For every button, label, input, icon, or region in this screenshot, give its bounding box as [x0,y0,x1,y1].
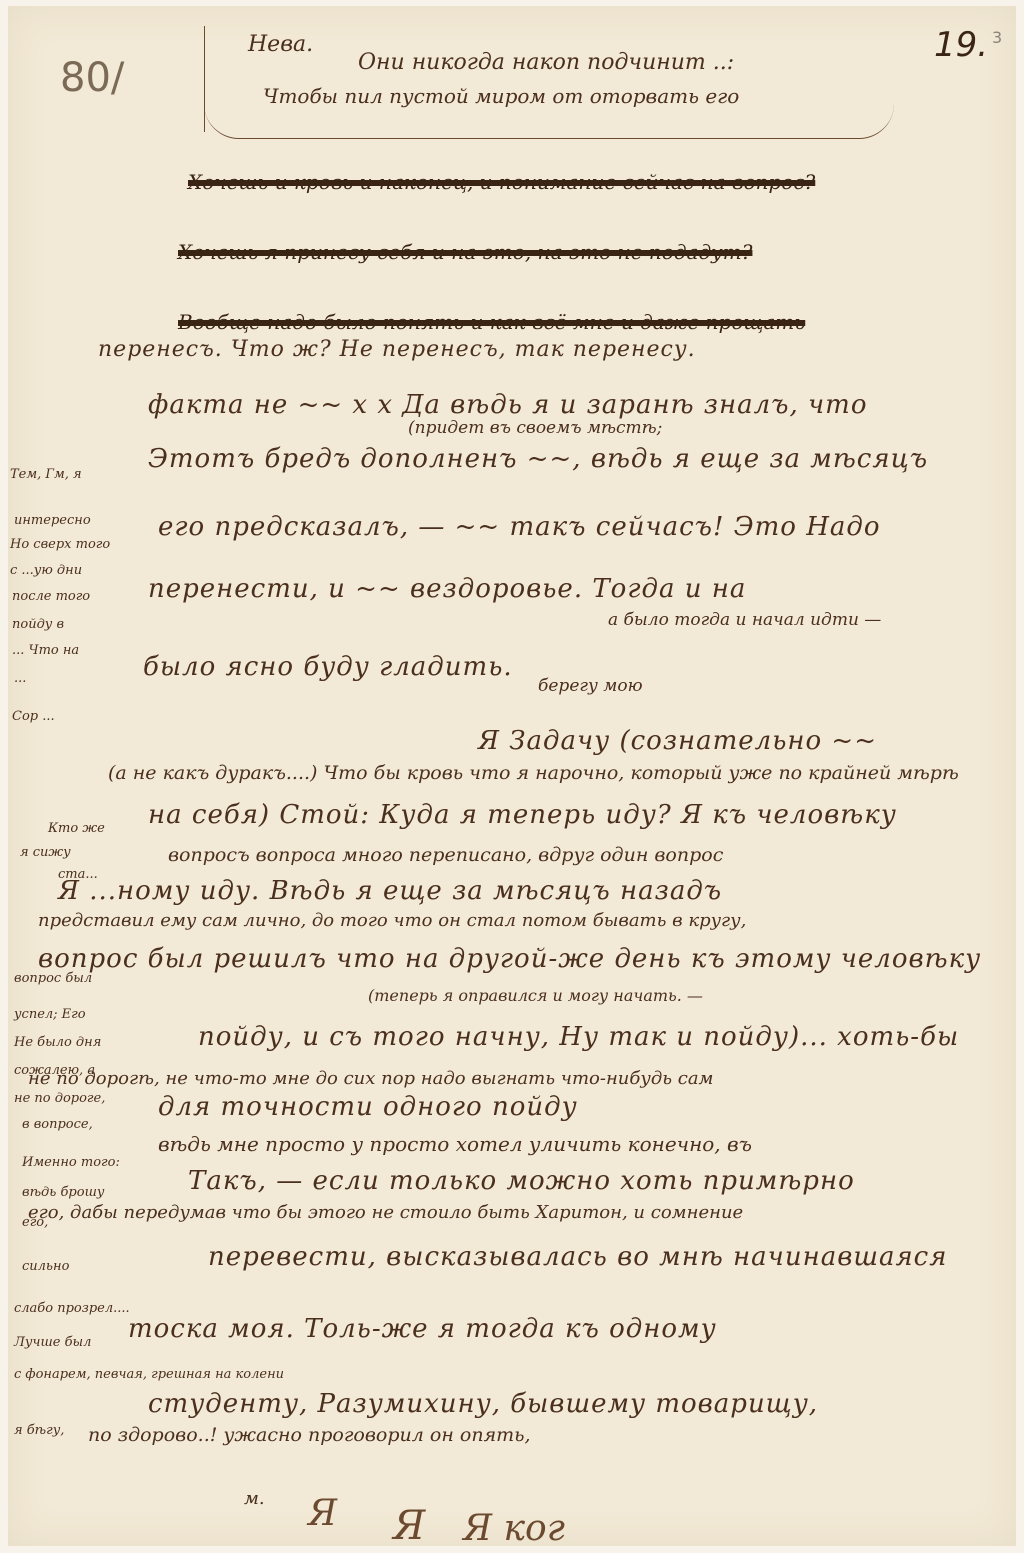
margin-note: интересно [14,514,91,527]
footer-scribble: м. [244,1490,265,1508]
margin-note: Именно того: [22,1156,120,1169]
folio-left: 80/ [60,58,124,98]
margin-note: пойду в [12,618,64,631]
margin-note: с ...ую дни [10,564,82,577]
margin-note: после того [12,590,90,603]
margin-note: я бѣгу, [14,1424,64,1437]
body-line: его, дабы передумав что бы этого не стои… [28,1204,743,1222]
header-underline [204,104,894,139]
manuscript-page: 80/ 19. 3 Нева. Они никогда накоп подчин… [8,6,1016,1546]
body-line: перенесъ. Что ж? Не перенесъ, так перене… [98,339,696,361]
margin-note: Тем, Гм, я [10,468,82,481]
body-line: вопросъ вопроса много переписано, вдруг … [168,846,723,865]
margin-note: сожалею, а [14,1064,95,1077]
struck-line-2: Хочешь я принесу себя и на это, на это н… [178,242,752,262]
body-line: студенту, Разумихину, бывшему товарищу, [148,1391,818,1417]
body-line: для точности одного пойду [158,1094,578,1120]
header-label: Нева. [248,34,313,56]
margin-note: Не было дня [14,1036,101,1049]
margin-note: я сижу [20,846,71,859]
body-line: перевести, высказывалась во мнѣ начинавш… [208,1244,947,1270]
folio-right: 19. [934,28,988,62]
margin-note: его, [22,1216,48,1229]
struck-line-3: Вообще надо было понять и как всё мне и … [178,312,805,332]
footer-scribble: Я [308,1496,337,1532]
margin-note: с фонарем, певчая, грешная на колени [14,1368,284,1381]
margin-note: в вопросе, [22,1118,93,1131]
body-line: а было тогда и начал идти — [608,612,881,629]
body-line: не по дорогѣ, не что-то мне до сих пор н… [28,1070,714,1088]
margin-note: сильно [22,1260,69,1273]
body-line: вопрос был решилъ что на другой-же день … [38,946,981,972]
struck-line-1: Хочешь и кровь и наконец, и понимание се… [188,172,815,192]
body-line: (придет въ своемъ мѣстѣ; [408,420,662,437]
body-line: тоска моя. Толь-же я тогда къ одному [128,1316,717,1342]
footer-scribble: Я [393,1506,425,1546]
margin-note: не по дороге, [14,1092,105,1105]
folio-pencil: 3 [992,30,1002,46]
footer-scribble: Я ког [463,1511,565,1547]
margin-note: ... [14,672,26,685]
header-line-1: Они никогда накоп подчинит ..: [358,52,734,74]
body-line: его предсказалъ, — ~~ такъ сейчасъ! Это … [158,514,881,540]
margin-note: ... Что на [12,644,79,657]
margin-note: Но сверх того [10,538,110,551]
body-line: (теперь я оправился и могу начать. — [368,988,703,1004]
body-line: перенести, и ~~ вездоровье. Тогда и на [148,576,746,602]
body-line: на себя) Стой: Куда я теперь иду? Я къ ч… [148,802,897,828]
margin-note: ста... [58,868,98,881]
body-line: Такъ, — если только можно хоть примѣрно [188,1168,855,1194]
body-line: по здорово..! ужасно проговорил он опять… [88,1426,531,1445]
body-line: Этотъ бредъ дополненъ ~~, вѣдь я еще за … [148,446,928,472]
margin-note: успел; Его [14,1008,86,1021]
body-line: факта не ~~ х х Да вѣдь я и заранѣ зналъ… [148,392,868,418]
body-line: вѣдь мне просто у просто хотел уличить к… [158,1134,752,1154]
body-line: было ясно буду гладить. [143,654,513,680]
body-line: представил ему сам лично, до того что он… [38,912,746,930]
body-line: Я Задачу (сознательно ~~ [478,728,877,754]
margin-note: вопрос был [14,972,92,985]
body-line: (а не какъ дуракъ....) Что бы кровь что … [108,764,959,783]
margin-note: Лучше был [14,1336,91,1349]
body-line: пойду, и съ того начну, Ну так и пойду).… [198,1024,959,1050]
body-line: Я ...ному иду. Вѣдь я еще за мѣсяцъ наза… [58,878,722,904]
margin-note: вѣдь брошу [22,1186,104,1199]
header-line-2: Чтобы пил пустой миром от оторвать его [263,86,739,106]
margin-note: Сор ... [12,710,55,723]
margin-note: слабо прозрел.... [14,1302,130,1315]
margin-note: Кто же [48,822,105,835]
body-line: берегу мою [538,678,643,695]
